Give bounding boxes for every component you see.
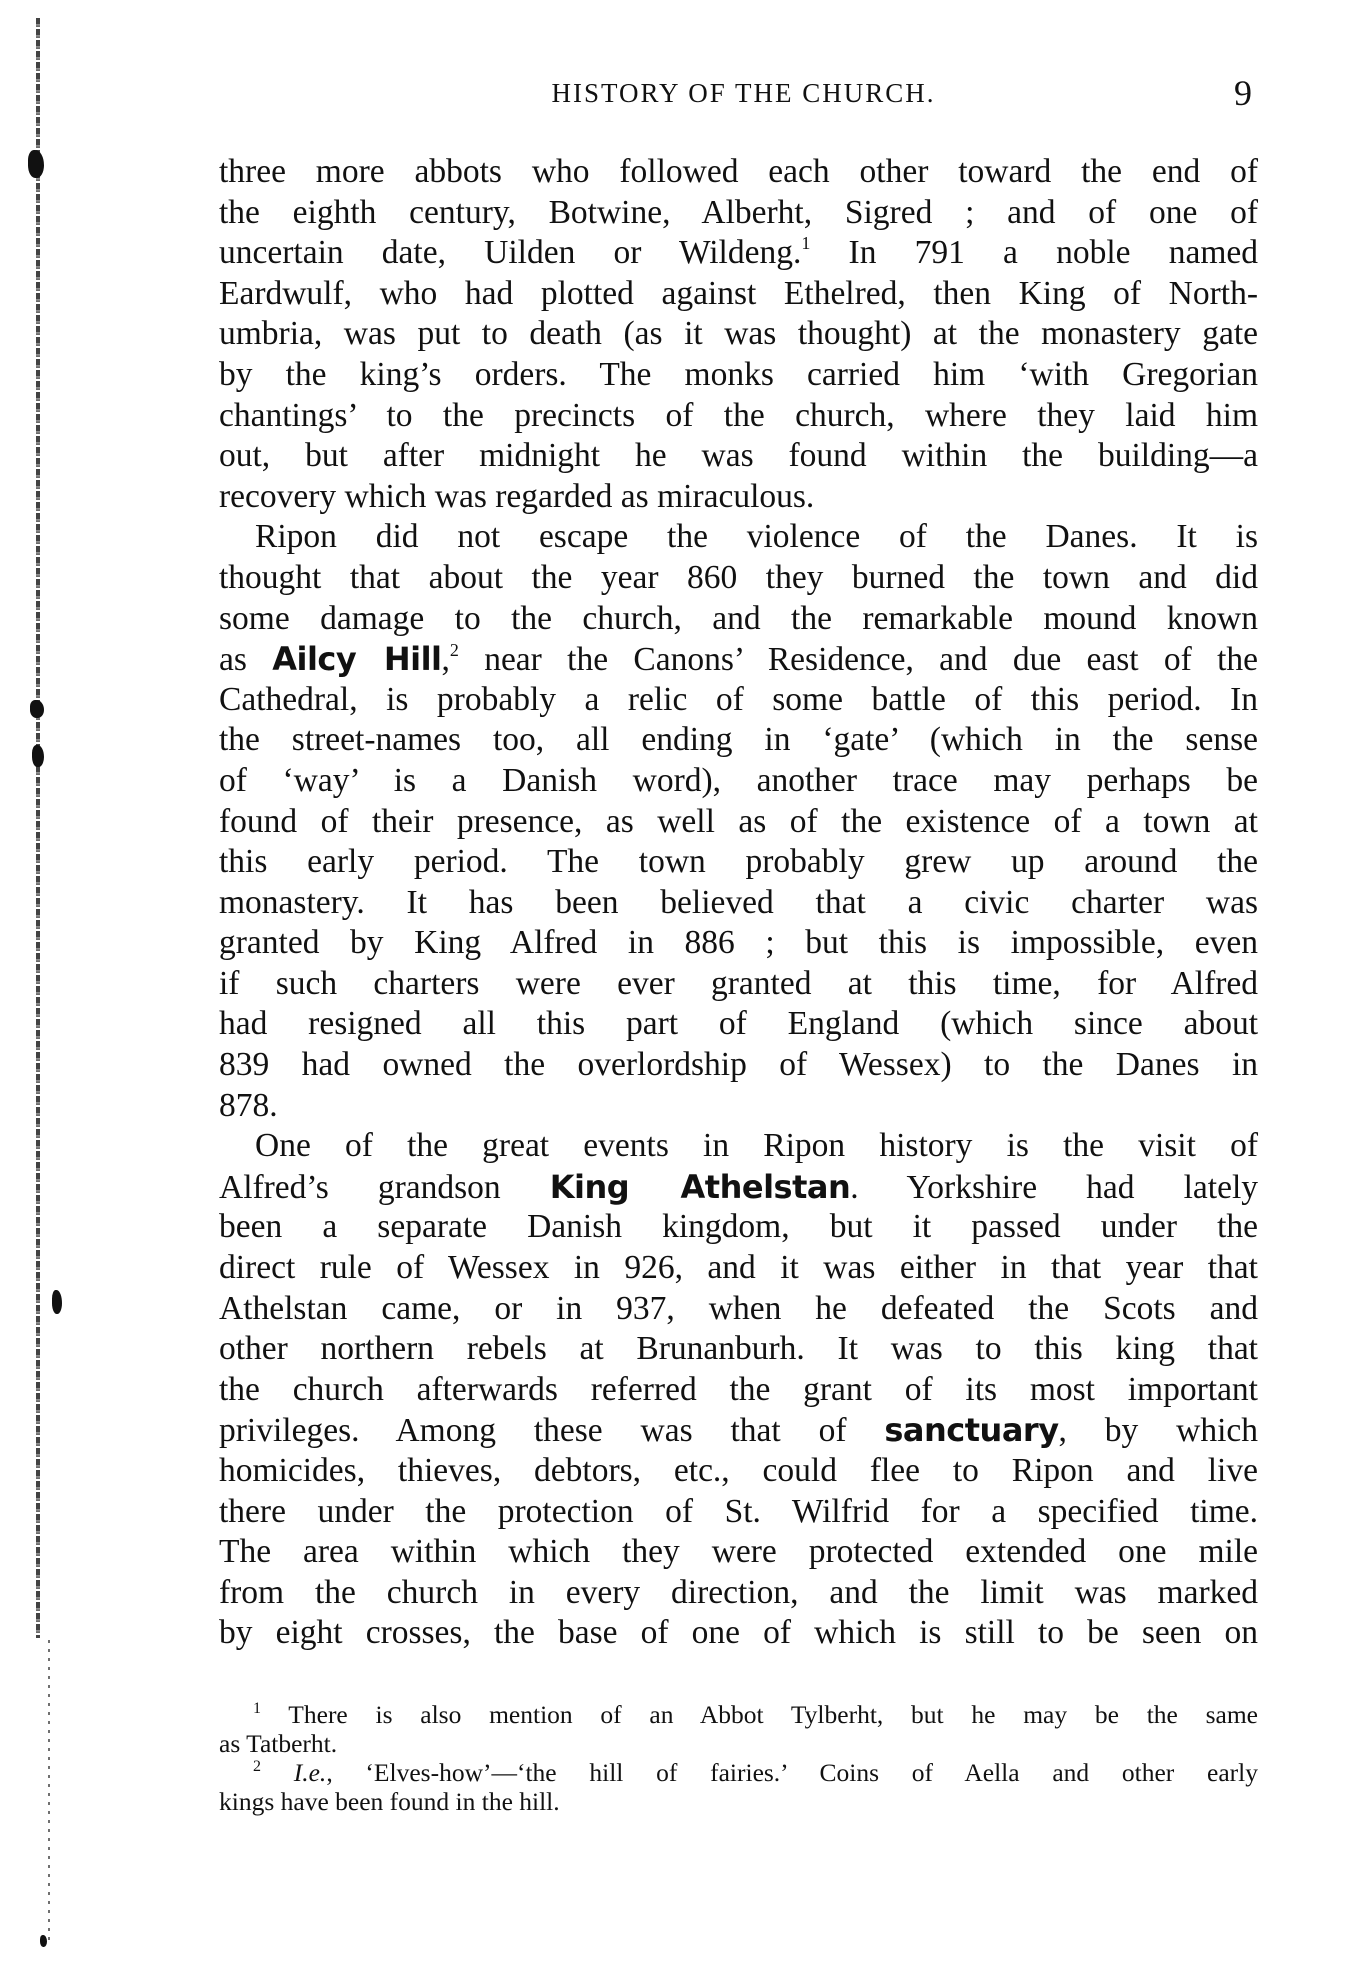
text-line: the church afterwards referred the grant… (219, 1370, 1258, 1411)
footnote-marker-2: 2 (253, 1758, 261, 1775)
text-line: been a separate Danish kingdom, but it p… (219, 1207, 1258, 1248)
footnotes: 1 There is also mention of an Abbot Tylb… (219, 1700, 1258, 1816)
paragraph-start: Ripon did not escape the violence of the… (219, 517, 1258, 558)
text-line: from the church in every direction, and … (219, 1573, 1258, 1614)
text-line: privileges. Among these was that of sanc… (219, 1410, 1258, 1451)
ink-blot (30, 700, 44, 718)
text-line: had resigned all this part of England (w… (219, 1004, 1258, 1045)
text-line: Alfred’s grandson King Athelstan. Yorksh… (219, 1167, 1258, 1208)
page-number: 9 (1234, 72, 1252, 114)
footnote-1: 1 There is also mention of an Abbot Tylb… (219, 1700, 1258, 1729)
text-line: recovery which was regarded as miraculou… (219, 477, 1258, 518)
text-line: 878. (219, 1086, 1258, 1127)
bold-term-sanctuary: sanctuary (884, 1411, 1058, 1449)
text-line: 839 had owned the overlordship of Wessex… (219, 1045, 1258, 1086)
text-line: thought that about the year 860 they bur… (219, 558, 1258, 599)
page-gutter-binding (36, 18, 40, 1638)
ink-blot (28, 150, 44, 178)
bold-term-king-athelstan: King Athelstan (550, 1168, 851, 1206)
text-line: direct rule of Wessex in 926, and it was… (219, 1248, 1258, 1289)
text-line: The area within which they were protecte… (219, 1532, 1258, 1573)
text-line: monastery. It has been believed that a c… (219, 883, 1258, 924)
text-line: out, but after midnight he was found wit… (219, 436, 1258, 477)
paragraph-start: One of the great events in Ripon history… (219, 1126, 1258, 1167)
text-line: Eardwulf, who had plotted against Ethelr… (219, 274, 1258, 315)
text-line: uncertain date, Uilden or Wildeng.1 In 7… (219, 233, 1258, 274)
text-line: the eighth century, Botwine, Alberht, Si… (219, 193, 1258, 234)
text-line: as Ailcy Hill,2 near the Canons’ Residen… (219, 639, 1258, 680)
footnote-2-continued: kings have been found in the hill. (219, 1787, 1258, 1816)
footnote-2: 2 I.e., ‘Elves-how’—‘the hill of fairies… (219, 1758, 1258, 1787)
text-line: the street-names too, all ending in ‘gat… (219, 720, 1258, 761)
text-line: homicides, thieves, debtors, etc., could… (219, 1451, 1258, 1492)
text-line: there under the protection of St. Wilfri… (219, 1492, 1258, 1533)
bold-term-ailcy-hill: Ailcy Hill (272, 640, 441, 678)
ink-blot (52, 1290, 62, 1314)
text-line: Athelstan came, or in 937, when he defea… (219, 1289, 1258, 1330)
footnote-marker-1: 1 (253, 1700, 261, 1717)
text-line: if such charters were ever granted at th… (219, 964, 1258, 1005)
body-text: three more abbots who followed each othe… (219, 152, 1258, 1654)
ink-blot (40, 1935, 47, 1947)
text-line: granted by King Alfred in 886 ; but this… (219, 923, 1258, 964)
footnote-1-continued: as Tatberht. (219, 1729, 1258, 1758)
running-title: HISTORY OF THE CHURCH. (219, 78, 1258, 109)
text-line: umbria, was put to death (as it was thou… (219, 314, 1258, 355)
text-line: Cathedral, is probably a relic of some b… (219, 680, 1258, 721)
text-line: chantings’ to the precincts of the churc… (219, 396, 1258, 437)
ink-blot (32, 745, 44, 767)
running-head: HISTORY OF THE CHURCH. 9 (219, 78, 1258, 118)
text-line: by the king’s orders. The monks carried … (219, 355, 1258, 396)
page-gutter-binding-lower (48, 1640, 50, 1940)
text-line: of ‘way’ is a Danish word), another trac… (219, 761, 1258, 802)
text-line: found of their presence, as well as of t… (219, 802, 1258, 843)
text-line: by eight crosses, the base of one of whi… (219, 1613, 1258, 1654)
text-line: three more abbots who followed each othe… (219, 152, 1258, 193)
text-line: some damage to the church, and the remar… (219, 599, 1258, 640)
footnote-ref-2[interactable]: 2 (450, 640, 459, 660)
text-line: this early period. The town probably gre… (219, 842, 1258, 883)
text-line: other northern rebels at Brunanburh. It … (219, 1329, 1258, 1370)
